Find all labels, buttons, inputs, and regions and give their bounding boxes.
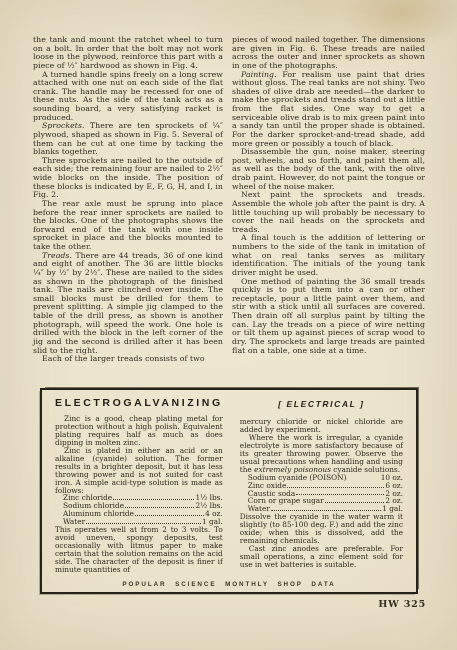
paragraph: Zinc is plated in either an acid or an a… bbox=[55, 447, 223, 495]
paragraph: Painting. For realism use paint that dri… bbox=[232, 71, 425, 149]
box-column-right: [ ELECTRICAL ] mercury chloride or nicke… bbox=[240, 398, 403, 577]
paragraph: One method of painting the 36 small trea… bbox=[232, 278, 425, 356]
electrogalvanizing-box: ELECTROGALVANIZING Zinc is a good, cheap… bbox=[40, 388, 418, 594]
article-column-right: pieces of wood nailed together. The dime… bbox=[232, 36, 425, 355]
paragraph: pieces of wood nailed together. The dime… bbox=[232, 36, 425, 71]
paragraph-text: pieces of wood nailed together. The dime… bbox=[232, 35, 425, 70]
paragraph: the tank and mount the ratchet wheel to … bbox=[33, 36, 223, 71]
paragraph: Each of the larger treads consists of tw… bbox=[33, 355, 223, 364]
dot-leader bbox=[287, 487, 384, 488]
scanned-page: the tank and mount the ratchet wheel to … bbox=[0, 0, 457, 650]
paragraph-text: Zinc is plated in either an acid or an a… bbox=[55, 446, 223, 495]
box-title: ELECTROGALVANIZING bbox=[55, 400, 223, 408]
paragraph-text: This operates well at from 2 to 3 volts.… bbox=[55, 525, 223, 574]
paragraph-text: Each of the larger treads consists of tw… bbox=[42, 354, 205, 363]
box-columns: ELECTROGALVANIZING Zinc is a good, cheap… bbox=[55, 398, 403, 577]
paragraph-text: A final touch is the addition of letteri… bbox=[232, 233, 425, 277]
section-tag: [ ELECTRICAL ] bbox=[240, 401, 403, 409]
paragraph-text: Dissolve the cyanide in the water warm i… bbox=[240, 512, 403, 545]
paragraph-text: For realism use paint that dries without… bbox=[232, 70, 425, 148]
paragraph-text: mercury chloride or nickel chloride are … bbox=[240, 417, 403, 434]
paragraph: The rear axle must be sprung into place … bbox=[33, 200, 223, 252]
paragraph: Disassemble the gun, noise maker, steeri… bbox=[232, 148, 425, 191]
paragraph-text: There are 44 treads, 36 of one kind and … bbox=[33, 251, 223, 355]
page-number: HW 325 bbox=[378, 599, 426, 610]
paragraph: Where the work is irregular, a cyanide e… bbox=[240, 434, 403, 474]
paragraph: Cast zinc anodes are preferable. For sma… bbox=[240, 545, 403, 569]
paragraph: Zinc is a good, cheap plating metal for … bbox=[55, 415, 223, 447]
paragraph-text: Three sprockets are nailed to the outsid… bbox=[33, 156, 223, 200]
box-footer-credit: POPULAR SCIENCE MONTHLY SHOP DATA bbox=[42, 581, 416, 588]
paragraph-text: A turned handle spins freely on a long s… bbox=[33, 70, 223, 122]
paragraph: Next paint the sprockets and treads. Ass… bbox=[232, 191, 425, 234]
dot-leader bbox=[135, 515, 204, 516]
paragraph: Treads. There are 44 treads, 36 of one k… bbox=[33, 252, 223, 356]
paragraph-text: Disassemble the gun, noise maker, steeri… bbox=[232, 147, 425, 191]
paragraph-text: The rear axle must be sprung into place … bbox=[33, 199, 223, 251]
paragraph: mercury chloride or nickel chloride are … bbox=[240, 418, 403, 434]
paragraph-text: Next paint the sprockets and treads. Ass… bbox=[232, 190, 425, 234]
paragraph-text: Cast zinc anodes are preferable. For sma… bbox=[240, 544, 403, 569]
paragraph-text: Zinc is a good, cheap plating metal for … bbox=[55, 414, 223, 447]
dot-leader bbox=[113, 499, 194, 500]
paragraph: Sprockets. There are ten sprockets of ¼″… bbox=[33, 122, 223, 157]
paragraph: Three sprockets are nailed to the outsid… bbox=[33, 157, 223, 200]
paragraph-text: the tank and mount the ratchet wheel to … bbox=[33, 35, 223, 70]
paragraph: This operates well at from 2 to 3 volts.… bbox=[55, 526, 223, 574]
dot-leader bbox=[325, 502, 385, 503]
paragraph: A final touch is the addition of letteri… bbox=[232, 234, 425, 277]
box-column-left: ELECTROGALVANIZING Zinc is a good, cheap… bbox=[55, 398, 223, 577]
paragraph: A turned handle spins freely on a long s… bbox=[33, 71, 223, 123]
dot-leader bbox=[86, 523, 201, 524]
article-column-left: the tank and mount the ratchet wheel to … bbox=[33, 36, 223, 364]
paragraph: Dissolve the cyanide in the water warm i… bbox=[240, 513, 403, 545]
paragraph-text: One method of painting the 36 small trea… bbox=[232, 277, 425, 355]
dot-leader bbox=[271, 510, 381, 511]
dot-leader bbox=[296, 494, 384, 495]
dot-leader bbox=[125, 507, 194, 508]
